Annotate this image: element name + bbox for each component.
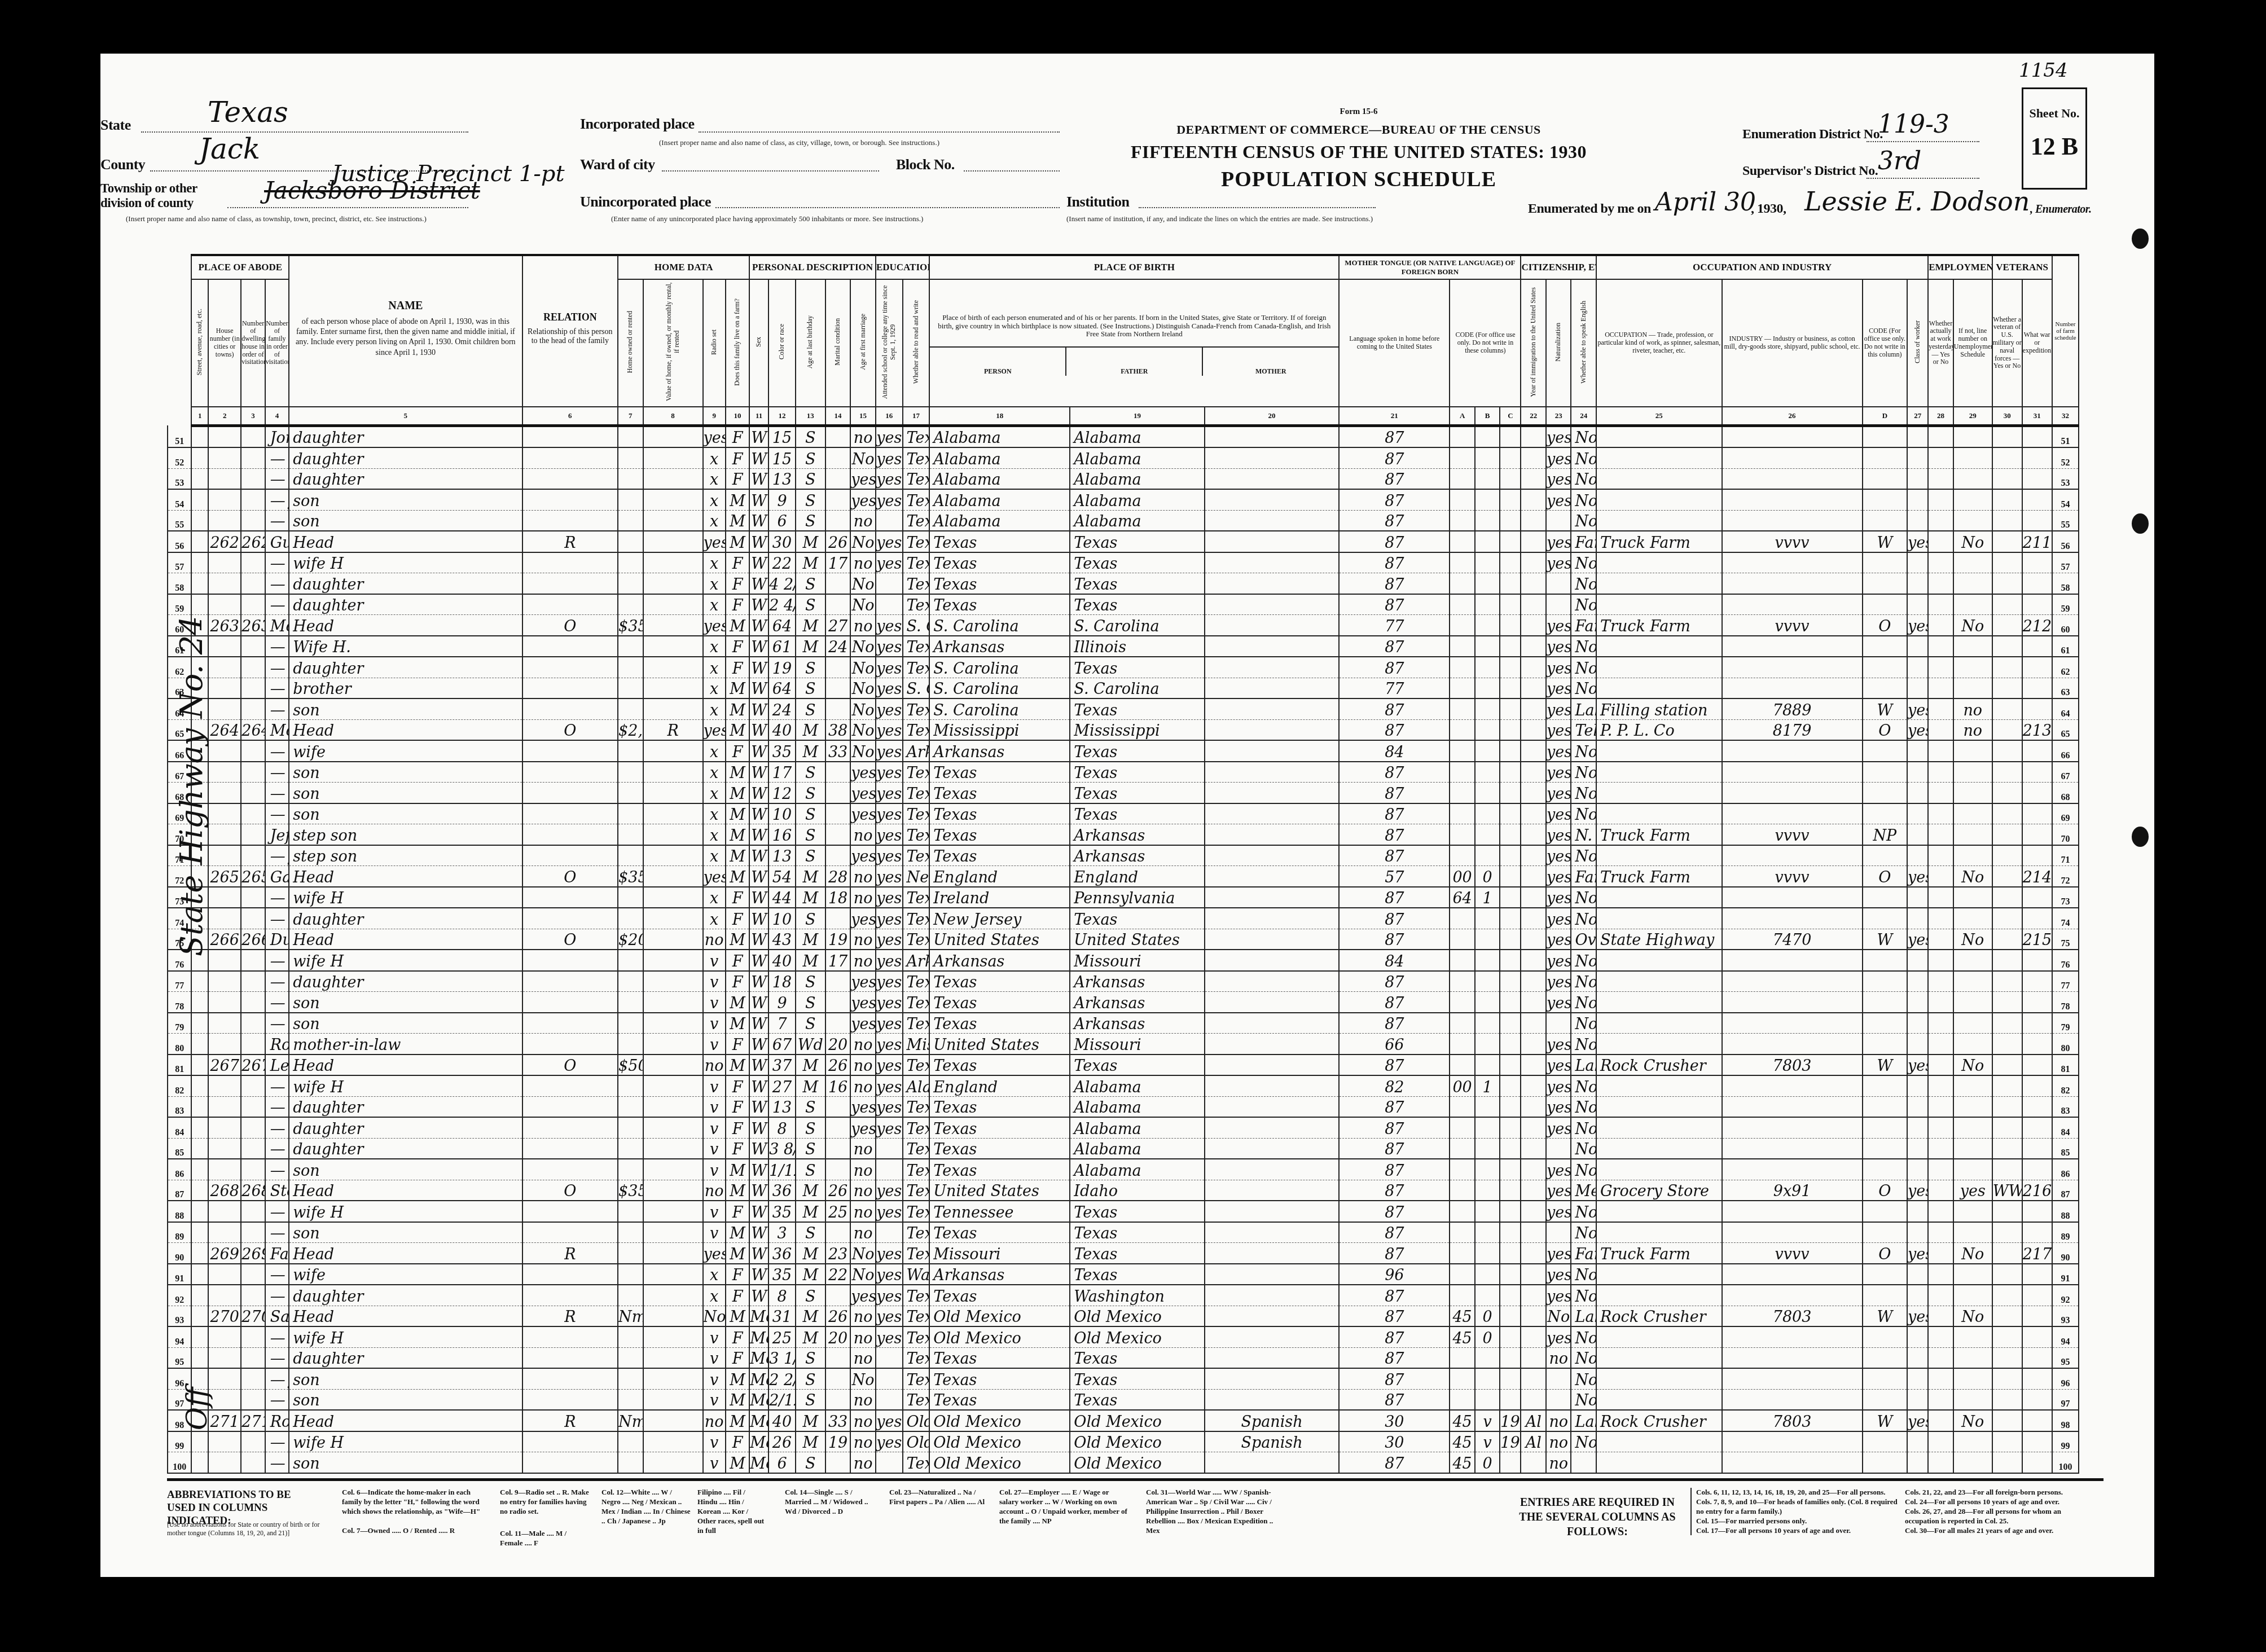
population-rows: 51Jones MariedaughteryesFW15SnoyesTexasA… bbox=[168, 425, 2103, 1473]
street-cell bbox=[191, 1285, 208, 1306]
cell-bm: Arkansas bbox=[1070, 845, 1204, 866]
cell-eng: yes bbox=[1546, 1243, 1571, 1264]
cell-dw: 267 bbox=[208, 1055, 241, 1076]
line-number: 55 bbox=[168, 510, 191, 531]
cell-ind bbox=[1596, 468, 1722, 489]
cell-unemp bbox=[1928, 657, 1953, 678]
line-number-right: 81 bbox=[2052, 1055, 2079, 1076]
cell-bp: Texas bbox=[903, 803, 930, 824]
cell-read: yes bbox=[876, 1117, 903, 1138]
cell-eng: yes bbox=[1546, 468, 1571, 489]
cell-cls: O bbox=[1863, 719, 1907, 740]
cell-occ: N. P. bbox=[1571, 824, 1596, 845]
cell-occ: None bbox=[1571, 552, 1596, 573]
cell-tongue bbox=[1205, 950, 1340, 971]
cell-sex: F bbox=[726, 552, 749, 573]
cell-eng: no bbox=[1546, 1431, 1571, 1452]
cell-rel: Head bbox=[289, 1243, 522, 1264]
cell-rel: wife H bbox=[289, 887, 522, 908]
cell-vet bbox=[1953, 992, 1992, 1013]
cell-agem bbox=[825, 1117, 851, 1138]
table-row: 99— Refujia de.wife HvFMex26M19noyesOld … bbox=[168, 1431, 2103, 1452]
cell-codeA: 87 bbox=[1339, 489, 1450, 510]
cell-tongue bbox=[1205, 1180, 1340, 1201]
cell-sex: F bbox=[726, 1075, 749, 1096]
street-cell bbox=[191, 1159, 208, 1180]
county-value: Jack bbox=[199, 133, 260, 165]
cell-codeA: 87 bbox=[1339, 762, 1450, 783]
column-number: 22 bbox=[1521, 407, 1546, 426]
cell-own bbox=[522, 698, 618, 719]
cell-codeA: 87 bbox=[1339, 1389, 1450, 1410]
cell-mar: S bbox=[796, 573, 825, 594]
line-number: 100 bbox=[168, 1452, 191, 1473]
cell-occ: None bbox=[1571, 1117, 1596, 1138]
cell-fam: 270 bbox=[241, 1306, 265, 1326]
cell-val bbox=[618, 1159, 643, 1180]
cell-radio bbox=[643, 1034, 703, 1055]
cell-codeC bbox=[1475, 447, 1500, 468]
cell-codeD bbox=[1722, 636, 1863, 657]
cell-codeC bbox=[1475, 929, 1500, 950]
cell-radio bbox=[643, 594, 703, 615]
cell-codeD bbox=[1722, 762, 1863, 783]
cell-codeC: 0 bbox=[1475, 1326, 1500, 1347]
cell-val bbox=[618, 740, 643, 762]
cell-codeC bbox=[1475, 468, 1500, 489]
cell-read: yes bbox=[876, 1055, 903, 1076]
cell-dw: 270 bbox=[208, 1306, 241, 1326]
cell-sch: No bbox=[850, 1243, 876, 1264]
cell-bp: Texas bbox=[903, 1368, 930, 1389]
cell-imm bbox=[1500, 1285, 1521, 1306]
cell-cls bbox=[1863, 510, 1907, 531]
line-number-right: 66 bbox=[2052, 740, 2079, 762]
cell-val bbox=[618, 1034, 643, 1055]
cell-read: yes bbox=[876, 1180, 903, 1201]
cell-farmno bbox=[2022, 636, 2052, 657]
column-number: 30 bbox=[1992, 407, 2022, 426]
street-cell bbox=[191, 1222, 208, 1243]
cell-war bbox=[1992, 489, 2022, 510]
cell-bm: Arkansas bbox=[1070, 824, 1204, 845]
table-row: 81267267Lemons R. O.HeadO$500noMW37M26no… bbox=[168, 1055, 2103, 1076]
table-row: 72265265Gardner George H.HeadO$3500yesMW… bbox=[168, 866, 2103, 887]
cell-work bbox=[1907, 573, 1928, 594]
cell-cls bbox=[1863, 468, 1907, 489]
cell-codeB: 45 bbox=[1450, 1410, 1475, 1431]
header-c17: Whether able to read and write bbox=[903, 279, 930, 407]
cell-unemp bbox=[1928, 971, 1953, 992]
cell-vet bbox=[1953, 594, 1992, 615]
line-number-right: 74 bbox=[2052, 908, 2079, 929]
cell-codeA: 87 bbox=[1339, 1201, 1450, 1222]
cell-fam bbox=[241, 1347, 265, 1368]
unincorporated-label: Unincorporated place bbox=[580, 194, 711, 210]
cell-eng bbox=[1546, 1389, 1571, 1410]
cell-war bbox=[1992, 1055, 2022, 1076]
cell-vet bbox=[1953, 636, 1992, 657]
cell-read: yes bbox=[876, 1285, 903, 1306]
cell-radio bbox=[643, 1243, 703, 1264]
cell-radio bbox=[643, 468, 703, 489]
cell-bm: S. Carolina bbox=[1070, 678, 1204, 698]
cell-bp: Texas bbox=[903, 992, 930, 1013]
cell-val bbox=[618, 1222, 643, 1243]
cell-rel: Head bbox=[289, 929, 522, 950]
cell-agem bbox=[825, 1452, 851, 1473]
cell-race: W bbox=[749, 1159, 768, 1180]
cell-sex: M bbox=[726, 678, 749, 698]
cell-work bbox=[1907, 824, 1928, 845]
cell-race: Mex bbox=[749, 1306, 768, 1326]
cell-bm: Texas bbox=[1070, 1347, 1204, 1368]
cell-agem bbox=[825, 1389, 851, 1410]
cell-cls bbox=[1863, 678, 1907, 698]
cell-imm bbox=[1500, 594, 1521, 615]
cell-own: R bbox=[522, 1306, 618, 1326]
cell-agem: 26 bbox=[825, 1055, 851, 1076]
cell-cls bbox=[1863, 1431, 1907, 1452]
cell-eng: yes bbox=[1546, 971, 1571, 992]
cell-race: W bbox=[749, 866, 768, 887]
cell-bp: Texas bbox=[903, 1013, 930, 1034]
cell-codeB bbox=[1450, 468, 1475, 489]
cell-age: 61 bbox=[768, 636, 796, 657]
cell-val bbox=[618, 803, 643, 824]
cell-agem bbox=[825, 762, 851, 783]
cell-tongue bbox=[1205, 698, 1340, 719]
cell-eng: yes bbox=[1546, 887, 1571, 908]
cell-ind bbox=[1596, 950, 1722, 971]
cell-ind bbox=[1596, 510, 1722, 531]
cell-farmno bbox=[2022, 1452, 2052, 1473]
cell-occ: None bbox=[1571, 1264, 1596, 1285]
cell-unemp bbox=[1928, 908, 1953, 929]
cell-fam bbox=[241, 1117, 265, 1138]
cell-name: — J. T. bbox=[265, 845, 289, 866]
cell-sex: M bbox=[726, 1222, 749, 1243]
cell-dw: 263 bbox=[208, 615, 241, 636]
cell-fam bbox=[241, 552, 265, 573]
cell-bp: Texas bbox=[903, 657, 930, 678]
cell-read: yes bbox=[876, 636, 903, 657]
cell-codeD: vvvv bbox=[1722, 615, 1863, 636]
table-row: 75266266Duckworth Jim W.HeadO$2000noMW43… bbox=[168, 929, 2103, 950]
cell-name: — Jose bbox=[265, 1368, 289, 1389]
cell-codeB bbox=[1450, 510, 1475, 531]
cell-sch: no bbox=[850, 1159, 876, 1180]
line-number-right: 56 bbox=[2052, 531, 2079, 552]
cell-name: — Refujia de. bbox=[265, 1431, 289, 1452]
footer-col11: Col. 11—Male .... M / Female .... F bbox=[500, 1529, 590, 1548]
cell-work bbox=[1907, 1285, 1928, 1306]
cell-agem bbox=[825, 1368, 851, 1389]
cell-farmno bbox=[2022, 510, 2052, 531]
cell-codeC: v bbox=[1475, 1410, 1500, 1431]
cell-vet bbox=[1953, 1326, 1992, 1347]
line-number-right: 71 bbox=[2052, 845, 2079, 866]
cell-age: 27 bbox=[768, 1075, 796, 1096]
cell-codeB bbox=[1450, 698, 1475, 719]
form-title-block: Form 15-6 DEPARTMENT OF COMMERCE—BUREAU … bbox=[1105, 107, 1613, 192]
cell-codeB bbox=[1450, 678, 1475, 698]
cell-race: W bbox=[749, 1264, 768, 1285]
cell-bp: Arkansas bbox=[903, 950, 930, 971]
cell-rel: daughter bbox=[289, 573, 522, 594]
cell-read: yes bbox=[876, 887, 903, 908]
cell-imm bbox=[1500, 845, 1521, 866]
cell-bp: Texas bbox=[903, 762, 930, 783]
cell-bm: Missouri bbox=[1070, 1034, 1204, 1055]
cell-agem bbox=[825, 992, 851, 1013]
cell-nat bbox=[1521, 594, 1546, 615]
cell-codeD bbox=[1722, 783, 1863, 803]
cell-occ: None bbox=[1571, 1368, 1596, 1389]
cell-fam bbox=[241, 1034, 265, 1055]
cell-sch: No bbox=[850, 719, 876, 740]
cell-age: 18 bbox=[768, 971, 796, 992]
cell-own bbox=[522, 971, 618, 992]
column-number: 28 bbox=[1928, 407, 1953, 426]
cell-mar: S bbox=[796, 425, 825, 447]
cell-codeD: 8179 bbox=[1722, 719, 1863, 740]
cell-codeA: 87 bbox=[1339, 1138, 1450, 1159]
cell-tongue bbox=[1205, 1243, 1340, 1264]
table-row: 63— E. B.brotherxMW64SNoyesS. CarolinaS.… bbox=[168, 678, 2103, 698]
cell-bm: Alabama bbox=[1070, 425, 1204, 447]
cell-codeB bbox=[1450, 636, 1475, 657]
cell-ind bbox=[1596, 740, 1722, 762]
column-number: 24 bbox=[1571, 407, 1596, 426]
cell-occ: None bbox=[1571, 1201, 1596, 1222]
column-number: 17 bbox=[903, 407, 930, 426]
cell-ind bbox=[1596, 1138, 1722, 1159]
table-row: 96— JosesonvMMex2 2/12SNoTexasTexasTexas… bbox=[168, 1368, 2103, 1389]
cell-nat bbox=[1521, 1222, 1546, 1243]
cell-cls bbox=[1863, 1285, 1907, 1306]
cell-radio bbox=[643, 636, 703, 657]
cell-farm: No bbox=[703, 1306, 726, 1326]
cell-name: Gardner George H. bbox=[265, 866, 289, 887]
cell-codeA: 87 bbox=[1339, 636, 1450, 657]
cell-war bbox=[1992, 845, 2022, 866]
cell-sex: M bbox=[726, 824, 749, 845]
supervisor-district-line bbox=[1867, 178, 1979, 179]
cell-unemp bbox=[1928, 1264, 1953, 1285]
cell-mar: S bbox=[796, 1368, 825, 1389]
cell-tongue bbox=[1205, 468, 1340, 489]
cell-bf: Old Mexico bbox=[929, 1410, 1070, 1431]
cell-bm: Arkansas bbox=[1070, 1013, 1204, 1034]
cell-bp: Texas bbox=[903, 425, 930, 447]
cell-vet bbox=[1953, 1096, 1992, 1117]
group-home: HOME DATA bbox=[618, 255, 749, 279]
cell-name: Fawks Earnest G. bbox=[265, 1243, 289, 1264]
cell-own bbox=[522, 1452, 618, 1473]
cell-mar: M bbox=[796, 615, 825, 636]
cell-sex: F bbox=[726, 1285, 749, 1306]
supervisor-district-label: Supervisor's District No. bbox=[1742, 164, 1878, 179]
street-cell bbox=[191, 992, 208, 1013]
cell-age: 40 bbox=[768, 950, 796, 971]
cell-val bbox=[618, 1389, 643, 1410]
cell-agem: 25 bbox=[825, 1201, 851, 1222]
cell-imm bbox=[1500, 468, 1521, 489]
cell-imm bbox=[1500, 992, 1521, 1013]
cell-agem bbox=[825, 1285, 851, 1306]
cell-vet bbox=[1953, 1285, 1992, 1306]
cell-own bbox=[522, 594, 618, 615]
table-row: 84— DorcasdaughtervFW8SyesyesTexasTexasA… bbox=[168, 1117, 2103, 1138]
cell-nat bbox=[1521, 971, 1546, 992]
street-cell bbox=[191, 552, 208, 573]
cell-bf: Texas bbox=[929, 1347, 1070, 1368]
cell-bf: United States bbox=[929, 929, 1070, 950]
cell-bm: Texas bbox=[1070, 698, 1204, 719]
cell-bf: England bbox=[929, 866, 1070, 887]
cell-war bbox=[1992, 1452, 2022, 1473]
cell-nat bbox=[1521, 824, 1546, 845]
cell-own bbox=[522, 489, 618, 510]
cell-codeB bbox=[1450, 783, 1475, 803]
cell-farmno bbox=[2022, 573, 2052, 594]
cell-work bbox=[1907, 762, 1928, 783]
cell-mar: M bbox=[796, 719, 825, 740]
cell-rel: daughter bbox=[289, 657, 522, 678]
cell-work bbox=[1907, 510, 1928, 531]
cell-bm: Arkansas bbox=[1070, 971, 1204, 992]
cell-sch: yes bbox=[850, 971, 876, 992]
cell-nat bbox=[1521, 678, 1546, 698]
cell-codeB bbox=[1450, 1117, 1475, 1138]
cell-codeA: 87 bbox=[1339, 1243, 1450, 1264]
cell-imm bbox=[1500, 1222, 1521, 1243]
cell-bm: Alabama bbox=[1070, 1159, 1204, 1180]
cell-age: 16 bbox=[768, 824, 796, 845]
line-number-right: 96 bbox=[2052, 1368, 2079, 1389]
cell-vet bbox=[1953, 1138, 1992, 1159]
cell-agem: 19 bbox=[825, 929, 851, 950]
column-number: B bbox=[1475, 407, 1500, 426]
cell-name: — Zella bbox=[265, 552, 289, 573]
cell-work: yes bbox=[1907, 1055, 1928, 1076]
cell-bm: Missouri bbox=[1070, 950, 1204, 971]
cell-work bbox=[1907, 1138, 1928, 1159]
header-c16: Attended school or college any time sinc… bbox=[876, 279, 903, 407]
cell-cls: O bbox=[1863, 615, 1907, 636]
cell-age: 25 bbox=[768, 1326, 796, 1347]
cell-rel: son bbox=[289, 783, 522, 803]
cell-radio: R bbox=[643, 719, 703, 740]
cell-val bbox=[618, 1013, 643, 1034]
cell-codeD bbox=[1722, 1389, 1863, 1410]
cell-codeA: 87 bbox=[1339, 1452, 1450, 1473]
cell-sch: no bbox=[850, 1201, 876, 1222]
cell-dw bbox=[208, 510, 241, 531]
cell-farmno bbox=[2022, 657, 2052, 678]
cell-codeC bbox=[1475, 1264, 1500, 1285]
street-cell bbox=[191, 971, 208, 992]
cell-tongue bbox=[1205, 678, 1340, 698]
cell-codeC bbox=[1475, 1180, 1500, 1201]
cell-occ: None bbox=[1571, 1138, 1596, 1159]
cell-sex: F bbox=[726, 1431, 749, 1452]
cell-sch: No bbox=[850, 594, 876, 615]
line-number-right: 60 bbox=[2052, 615, 2079, 636]
cell-ind: Rock Crusher bbox=[1596, 1410, 1722, 1431]
cell-codeD bbox=[1722, 1138, 1863, 1159]
cell-unemp bbox=[1928, 1410, 1953, 1431]
cell-war bbox=[1992, 615, 2022, 636]
cell-eng: yes bbox=[1546, 950, 1571, 971]
cell-race: W bbox=[749, 1117, 768, 1138]
block-line bbox=[964, 170, 1060, 172]
cell-fam bbox=[241, 1159, 265, 1180]
cell-work bbox=[1907, 552, 1928, 573]
column-number: 21 bbox=[1339, 407, 1450, 426]
line-number-right: 54 bbox=[2052, 489, 2079, 510]
header-c4: Number of family in order of visitation bbox=[265, 279, 289, 407]
cell-nat bbox=[1521, 698, 1546, 719]
table-row: 74— Mary AnndaughterxFW10SyesyesTexasNew… bbox=[168, 908, 2103, 929]
cell-work bbox=[1907, 678, 1928, 698]
cell-bp: Texas bbox=[903, 1201, 930, 1222]
cell-codeD bbox=[1722, 1075, 1863, 1096]
cell-dw bbox=[208, 1285, 241, 1306]
cell-fam bbox=[241, 1285, 265, 1306]
group-occupation: OCCUPATION AND INDUSTRY bbox=[1596, 255, 1928, 279]
cell-codeC bbox=[1475, 510, 1500, 531]
cell-sch: no bbox=[850, 929, 876, 950]
cell-farmno bbox=[2022, 1431, 2052, 1452]
cell-codeC bbox=[1475, 1096, 1500, 1117]
table-row: 65264264Morris F. L.HeadO$2,000RyesMW40M… bbox=[168, 719, 2103, 740]
cell-bf: Texas bbox=[929, 762, 1070, 783]
cell-own bbox=[522, 1201, 618, 1222]
cell-work bbox=[1907, 950, 1928, 971]
cell-name: — Frances bbox=[265, 573, 289, 594]
cell-age: 10 bbox=[768, 908, 796, 929]
street-cell bbox=[191, 594, 208, 615]
cell-age: 6 bbox=[768, 1452, 796, 1473]
table-row: 100— RaulsonvMMex6SnoTexasOld MexicoOld … bbox=[168, 1452, 2103, 1473]
cell-cls bbox=[1863, 594, 1907, 615]
cell-farmno bbox=[2022, 468, 2052, 489]
cell-codeC bbox=[1475, 489, 1500, 510]
cell-codeD bbox=[1722, 992, 1863, 1013]
cell-cls: W bbox=[1863, 698, 1907, 719]
cell-race: Mex bbox=[749, 1347, 768, 1368]
cell-agem bbox=[825, 510, 851, 531]
cell-farmno bbox=[2022, 1034, 2052, 1055]
cell-tongue bbox=[1205, 783, 1340, 803]
cell-mar: S bbox=[796, 783, 825, 803]
cell-imm: 1910 bbox=[1500, 1431, 1521, 1452]
cell-own bbox=[522, 762, 618, 783]
enumerator-label: , Enumerator. bbox=[2030, 203, 2092, 216]
cell-sex: M bbox=[726, 1452, 749, 1473]
cell-sex: M bbox=[726, 762, 749, 783]
cell-sex: M bbox=[726, 1243, 749, 1264]
cell-work bbox=[1907, 1431, 1928, 1452]
cell-rel: wife H bbox=[289, 552, 522, 573]
cell-vet: No bbox=[1953, 866, 1992, 887]
cell-name: — Harvey H. bbox=[265, 698, 289, 719]
cell-codeD bbox=[1722, 1326, 1863, 1347]
cell-work bbox=[1907, 1264, 1928, 1285]
cell-dw bbox=[208, 1347, 241, 1368]
